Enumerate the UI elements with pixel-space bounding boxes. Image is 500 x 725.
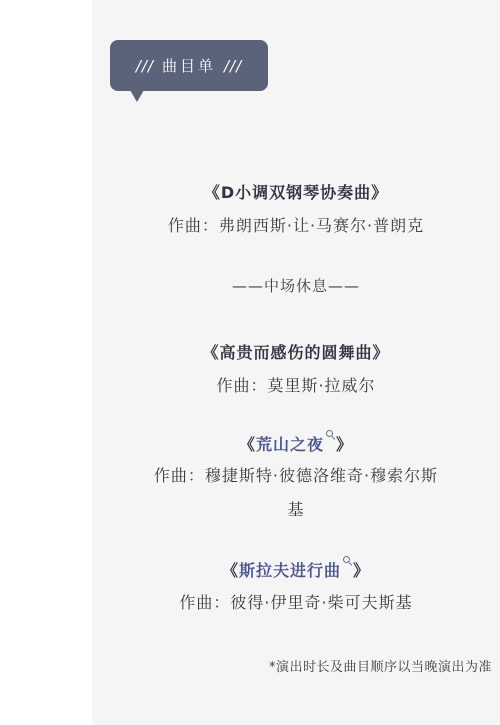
- composer-label: 作曲：: [179, 593, 230, 612]
- composer-name: 弗朗西斯·让·马赛尔·普朗克: [219, 216, 424, 235]
- piece-title-4[interactable]: 《斯拉夫进行曲》: [92, 558, 500, 581]
- footnote: *演出时长及曲目顺序以当晚演出为准: [92, 656, 492, 675]
- piece-composer-1: 作曲：弗朗西斯·让·马赛尔·普朗克: [92, 213, 500, 236]
- piece-title-text: 高贵而感伤的圆舞曲: [219, 343, 372, 362]
- left-margin: [0, 0, 92, 725]
- composer-label: 作曲：: [154, 466, 205, 485]
- decorative-slashes-left: ///: [136, 57, 154, 75]
- composer-label: 作曲：: [168, 216, 219, 235]
- search-icon[interactable]: [343, 556, 353, 566]
- piece-title-text: D小调双钢琴协奏曲: [221, 183, 371, 202]
- program-header-bubble: /// 曲目单 ///: [110, 40, 268, 91]
- program-header-title: 曲目单: [162, 55, 216, 76]
- piece-composer-4: 作曲：彼得·伊里奇·柴可夫斯基: [92, 590, 500, 613]
- composer-name: 莫里斯·拉威尔: [267, 376, 375, 395]
- piece-composer-2: 作曲：莫里斯·拉威尔: [92, 373, 500, 396]
- search-icon[interactable]: [326, 430, 336, 440]
- piece-title-1: 《D小调双钢琴协奏曲》: [92, 180, 500, 203]
- piece-title-link[interactable]: 斯拉夫进行曲: [239, 561, 341, 580]
- composer-name: 彼得·伊里奇·柴可夫斯基: [230, 593, 412, 612]
- composer-label: 作曲：: [216, 376, 267, 395]
- piece-composer-3: 作曲：穆捷斯特·彼德洛维奇·穆索尔斯: [92, 463, 500, 486]
- decorative-slashes-right: ///: [224, 57, 242, 75]
- composer-name: 穆捷斯特·彼德洛维奇·穆索尔斯: [205, 466, 438, 485]
- piece-title-3[interactable]: 《荒山之夜》: [92, 432, 500, 455]
- intermission-divider: ——中场休息——: [92, 275, 500, 296]
- piece-composer-3-continued: 基: [92, 497, 500, 520]
- piece-title-link[interactable]: 荒山之夜: [256, 435, 324, 454]
- piece-title-2: 《高贵而感伤的圆舞曲》: [92, 340, 500, 363]
